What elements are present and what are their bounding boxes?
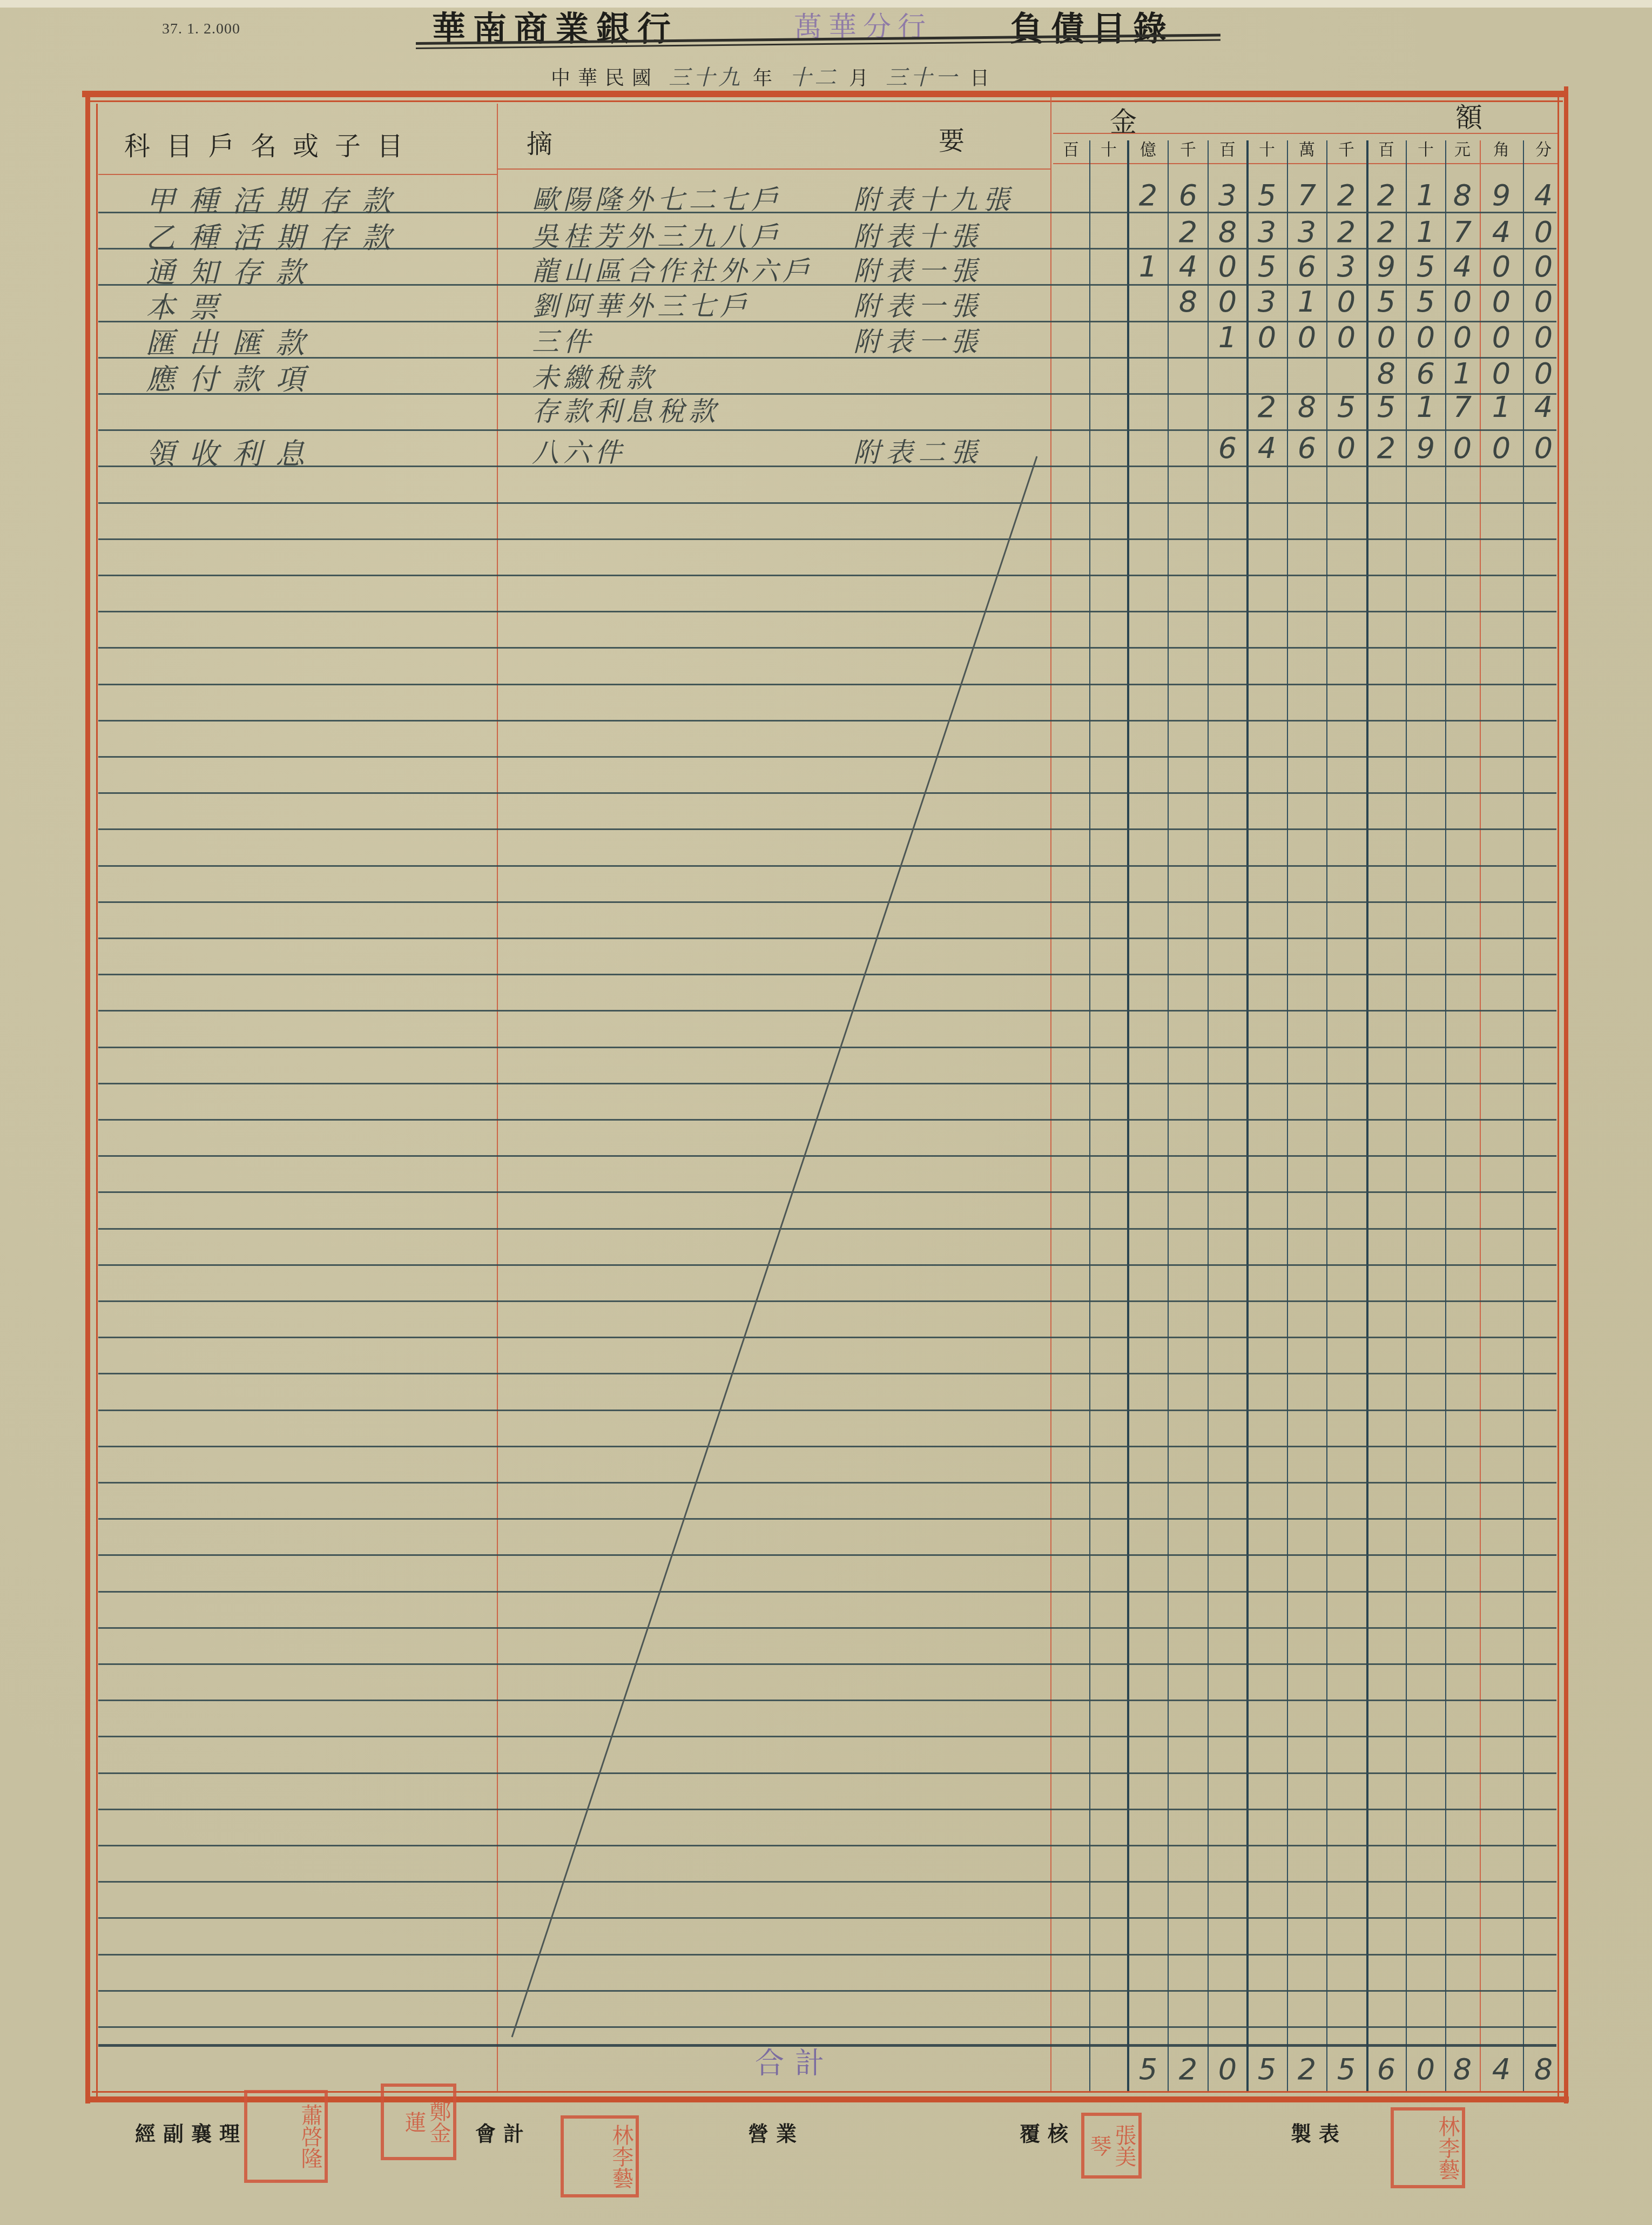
column-header-amount-right: 額 — [1455, 96, 1482, 135]
date-month-label: 月 — [849, 68, 876, 90]
total-digit: 4 — [1482, 2052, 1521, 2086]
document-title: 負債目錄 — [1010, 2, 1174, 50]
row-account: 應付款項 — [146, 356, 319, 398]
ruled-line — [98, 1518, 1556, 1520]
total-label: 合計 — [755, 2040, 835, 2082]
column-header-memo-right: 要 — [939, 120, 965, 157]
amount-digit: 0 — [1524, 356, 1563, 390]
amount-digit: 8 — [1208, 215, 1247, 249]
unit-header: 角 — [1482, 136, 1521, 160]
amount-digit: 0 — [1482, 356, 1521, 390]
amount-digit: 9 — [1406, 431, 1445, 465]
amount-digit: 8 — [1287, 390, 1326, 424]
amount-digit: 0 — [1524, 431, 1563, 465]
amount-digit: 1 — [1406, 390, 1445, 424]
ruled-line — [98, 1482, 1556, 1484]
seal-stamp: 張美琴 — [1081, 2113, 1142, 2179]
amount-digit: 4 — [1524, 390, 1563, 424]
total-digit: 5 — [1248, 2052, 1286, 2086]
amount-digit: 5 — [1406, 285, 1445, 319]
amount-digit: 2 — [1367, 431, 1406, 465]
signature-label-prepared-by: 製表 — [1291, 2117, 1347, 2147]
row-account: 匯出匯款 — [146, 320, 319, 362]
column-divider-account-memo — [497, 104, 498, 2091]
row-attachment: 附表一張 — [853, 285, 983, 323]
total-digit: 8 — [1524, 2052, 1563, 2086]
ruled-line — [98, 684, 1556, 685]
amount-col-divider-major — [1127, 140, 1129, 2091]
seal-stamp: 林李藝 — [1391, 2107, 1465, 2188]
total-digit: 8 — [1443, 2052, 1482, 2086]
seal-stamp: 鄭金蓮 — [381, 2084, 456, 2160]
row-account: 領收利息 — [146, 431, 319, 473]
column-header-memo-left: 摘 — [527, 123, 552, 160]
ruled-line — [98, 938, 1556, 939]
signature-label-deputy-manager: 經副襄理 — [135, 2117, 247, 2147]
amount-digit: 1 — [1208, 320, 1247, 354]
column-divider-memo-amount — [1050, 97, 1051, 2091]
unit-header: 千 — [1327, 136, 1366, 160]
ruled-line — [98, 1881, 1556, 1883]
row-account: 甲種活期存款 — [146, 178, 405, 220]
signature-label-review: 覆核 — [1020, 2117, 1076, 2147]
ruled-line — [98, 575, 1556, 576]
unit-header: 萬 — [1287, 136, 1326, 160]
amount-digit: 0 — [1406, 320, 1445, 354]
amount-digit: 8 — [1169, 285, 1208, 319]
amount-digit: 2 — [1327, 215, 1366, 249]
date-year-label: 年 — [753, 68, 780, 90]
amount-digit: 2 — [1367, 215, 1406, 249]
document-date: 中華民國三十九年十二月三十一日 — [551, 60, 997, 91]
ruled-line — [98, 974, 1556, 975]
total-digit: 6 — [1367, 2052, 1406, 2086]
amount-digit: 9 — [1367, 250, 1406, 284]
amount-digit: 2 — [1327, 178, 1366, 212]
ruled-line — [98, 1373, 1556, 1374]
amount-digit: 8 — [1443, 178, 1482, 212]
row-attachment: 附表一張 — [853, 320, 983, 359]
amount-digit: 5 — [1367, 285, 1406, 319]
unit-header: 百 — [1051, 136, 1090, 160]
frame-border-right — [1564, 86, 1568, 2103]
frame-border-left-inner — [96, 104, 98, 2096]
amount-digit: 0 — [1208, 250, 1247, 284]
ruled-line — [98, 1591, 1556, 1593]
row-memo: 龍山區合作社外六戶 — [532, 250, 814, 288]
amount-digit: 4 — [1169, 250, 1208, 284]
ruled-line — [98, 1300, 1556, 1302]
amount-digit: 0 — [1327, 320, 1366, 354]
amount-digit: 7 — [1443, 215, 1482, 249]
amount-digit: 0 — [1482, 285, 1521, 319]
row-memo: 存款利息稅款 — [532, 390, 720, 429]
amount-digit: 0 — [1524, 285, 1563, 319]
ruled-line — [98, 611, 1556, 612]
amount-digit: 6 — [1287, 250, 1326, 284]
unit-header: 億 — [1129, 136, 1168, 160]
row-attachment: 附表十張 — [853, 215, 983, 254]
row-attachment: 附表十九張 — [853, 178, 1015, 217]
ruled-line — [98, 1264, 1556, 1266]
amount-digit: 1 — [1287, 285, 1326, 319]
amount-col-divider — [1089, 140, 1090, 2091]
row-memo: 吳桂芳外三九八戶 — [532, 215, 783, 254]
amount-digit: 5 — [1248, 250, 1286, 284]
amount-digit: 0 — [1482, 250, 1521, 284]
amount-digit: 7 — [1443, 390, 1482, 424]
amount-digit: 2 — [1129, 178, 1168, 212]
ruled-line — [98, 1772, 1556, 1774]
amount-digit: 0 — [1524, 320, 1563, 354]
amount-digit: 3 — [1248, 215, 1286, 249]
total-digit: 5 — [1327, 2052, 1366, 2086]
amount-digit: 8 — [1367, 356, 1406, 390]
amount-digit: 0 — [1208, 285, 1247, 319]
ruled-line — [98, 828, 1556, 830]
date-day-label: 日 — [970, 68, 997, 90]
amount-digit: 0 — [1327, 431, 1366, 465]
row-attachment: 附表二張 — [853, 431, 983, 470]
amount-digit: 5 — [1406, 250, 1445, 284]
unit-header: 十 — [1089, 136, 1128, 160]
ruled-line — [98, 502, 1556, 504]
amount-digit: 9 — [1482, 178, 1521, 212]
total-digit: 0 — [1208, 2052, 1247, 2086]
amount-digit: 0 — [1287, 320, 1326, 354]
ruled-line — [98, 647, 1556, 649]
row-attachment: 附表一張 — [853, 250, 983, 288]
amount-digit: 2 — [1169, 215, 1208, 249]
unit-header: 十 — [1406, 136, 1445, 160]
amount-digit: 0 — [1443, 320, 1482, 354]
frame-border-left — [85, 97, 90, 2103]
amount-digit: 5 — [1327, 390, 1366, 424]
ruled-line — [98, 1736, 1556, 1737]
column-header-amount-left: 金 — [1110, 100, 1137, 139]
amount-digit: 2 — [1248, 390, 1286, 424]
amount-digit: 4 — [1443, 250, 1482, 284]
amount-digit: 0 — [1482, 431, 1521, 465]
ruled-line — [98, 1446, 1556, 1447]
unit-header: 元 — [1443, 136, 1482, 160]
form-number: 37. 1. 2.000 — [162, 21, 240, 38]
amount-digit: 1 — [1406, 215, 1445, 249]
total-digit: 2 — [1287, 2052, 1326, 2086]
unit-header: 千 — [1169, 136, 1208, 160]
ruled-line — [98, 1010, 1556, 1012]
ruled-line — [98, 1700, 1556, 1701]
amount-digit: 0 — [1443, 285, 1482, 319]
ruled-line — [98, 1627, 1556, 1629]
ruled-line — [98, 865, 1556, 867]
header-rule-account — [98, 174, 497, 175]
ruled-line — [98, 2026, 1556, 2028]
amount-digit: 4 — [1482, 215, 1521, 249]
header-rule-memo — [498, 168, 1050, 170]
signature-label-accounting: 會計 — [475, 2117, 531, 2147]
amount-digit: 3 — [1287, 215, 1326, 249]
ruled-line — [98, 1083, 1556, 1084]
ruled-line — [98, 1554, 1556, 1556]
unit-header: 百 — [1208, 136, 1247, 160]
frame-border-top-inner — [86, 100, 1563, 102]
unit-header: 百 — [1367, 136, 1406, 160]
amount-digit: 0 — [1524, 215, 1563, 249]
row-memo: 劉阿華外三七戶 — [532, 285, 751, 323]
unit-header: 十 — [1248, 136, 1286, 160]
amount-digit: 0 — [1443, 431, 1482, 465]
amount-digit: 6 — [1208, 431, 1247, 465]
ruled-line — [98, 1663, 1556, 1665]
total-digit: 5 — [1129, 2052, 1168, 2086]
frame-border-top — [82, 91, 1566, 97]
total-digit: 2 — [1169, 2052, 1208, 2086]
ruled-line — [98, 1809, 1556, 1810]
amount-digit: 3 — [1248, 285, 1286, 319]
ruled-line — [98, 1845, 1556, 1846]
ruled-line — [98, 1228, 1556, 1230]
ruled-line — [98, 538, 1556, 540]
amount-digit: 1 — [1443, 356, 1482, 390]
diagonal-line — [512, 456, 1037, 2037]
ruled-line — [98, 1954, 1556, 1956]
ruled-line — [98, 720, 1556, 722]
amount-digit: 6 — [1287, 431, 1326, 465]
amount-digit: 0 — [1367, 320, 1406, 354]
amount-digit: 5 — [1248, 178, 1286, 212]
amount-digit: 4 — [1524, 178, 1563, 212]
row-memo: 三件 — [532, 320, 595, 359]
amount-digit: 0 — [1248, 320, 1286, 354]
amount-digit: 1 — [1406, 178, 1445, 212]
unit-header: 分 — [1524, 136, 1563, 160]
total-digit: 0 — [1406, 2052, 1445, 2086]
seal-stamp: 林李藝 — [561, 2115, 639, 2197]
amount-digit: 4 — [1248, 431, 1286, 465]
ruled-line — [98, 1337, 1556, 1338]
amount-digit: 3 — [1327, 250, 1366, 284]
amount-digit: 1 — [1482, 390, 1521, 424]
ruled-line — [98, 1990, 1556, 1992]
ruled-line — [98, 1155, 1556, 1157]
amount-digit: 0 — [1482, 320, 1521, 354]
signature-label-business: 營業 — [748, 2117, 804, 2147]
amount-digit: 6 — [1406, 356, 1445, 390]
amount-digit: 3 — [1208, 178, 1247, 212]
amount-digit: 0 — [1524, 250, 1563, 284]
ruled-line — [98, 1410, 1556, 1411]
ruled-line — [98, 1917, 1556, 1919]
date-era: 中華民國 — [551, 68, 659, 90]
row-memo: 八六件 — [532, 431, 626, 470]
ruled-line — [98, 792, 1556, 794]
amount-digit: 7 — [1287, 178, 1326, 212]
ruled-line — [98, 901, 1556, 903]
amount-col-divider — [1168, 140, 1169, 2091]
row-memo: 歐陽隆外七二七戶 — [532, 178, 783, 217]
amount-digit: 5 — [1367, 390, 1406, 424]
date-year: 三十九 — [669, 65, 743, 90]
date-month: 十二 — [790, 65, 839, 90]
amount-digit: 2 — [1367, 178, 1406, 212]
amount-digit: 6 — [1169, 178, 1208, 212]
date-day: 三十一 — [886, 65, 960, 90]
seal-stamp: 蕭啓隆 — [244, 2090, 328, 2183]
column-header-account: 科目戶名或子目 — [124, 125, 419, 163]
ruled-line — [98, 1191, 1556, 1193]
amount-digit: 1 — [1129, 250, 1168, 284]
ruled-line — [98, 756, 1556, 758]
amount-digit: 0 — [1327, 285, 1366, 319]
ruled-line — [98, 1047, 1556, 1048]
ruled-line — [98, 1119, 1556, 1121]
